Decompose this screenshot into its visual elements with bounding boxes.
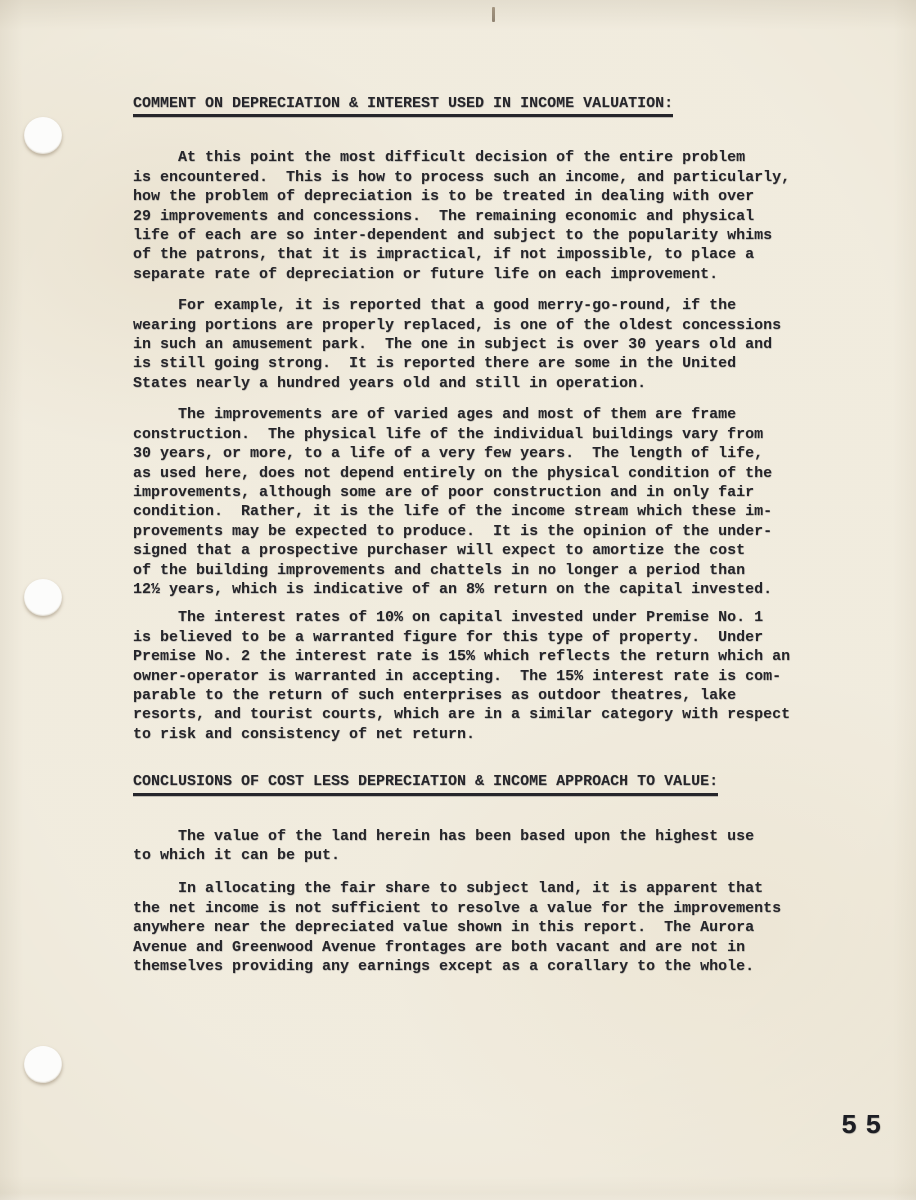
paragraph-improvements-ages: The improvements are of varied ages and …: [133, 405, 833, 599]
paragraph-land-value: The value of the land herein has been ba…: [133, 827, 833, 866]
paragraph-difficult-decision: At this point the most difficult decisio…: [133, 148, 833, 284]
paragraph-interest-rates: The interest rates of 10% on capital inv…: [133, 608, 833, 744]
typewritten-content: COMMENT ON DEPRECIATION & INTEREST USED …: [133, 94, 833, 988]
punch-hole-middle: [24, 579, 62, 616]
paragraph-merry-go-round: For example, it is reported that a good …: [133, 296, 833, 393]
heading-comment-depreciation-interest: COMMENT ON DEPRECIATION & INTEREST USED …: [133, 94, 673, 117]
scan-artifact-mark: [492, 7, 495, 22]
paragraph-allocating-fair-share: In allocating the fair share to subject …: [133, 879, 833, 976]
punch-hole-bottom: [22, 1044, 65, 1086]
scanned-document-page: COMMENT ON DEPRECIATION & INTEREST USED …: [0, 0, 916, 1200]
scan-bottom-edge: [0, 1193, 916, 1200]
punch-hole-top: [24, 117, 62, 154]
page-number: 55: [841, 1112, 889, 1142]
heading-conclusions-cost-less-depreciation: CONCLUSIONS OF COST LESS DEPRECIATION & …: [133, 772, 718, 795]
